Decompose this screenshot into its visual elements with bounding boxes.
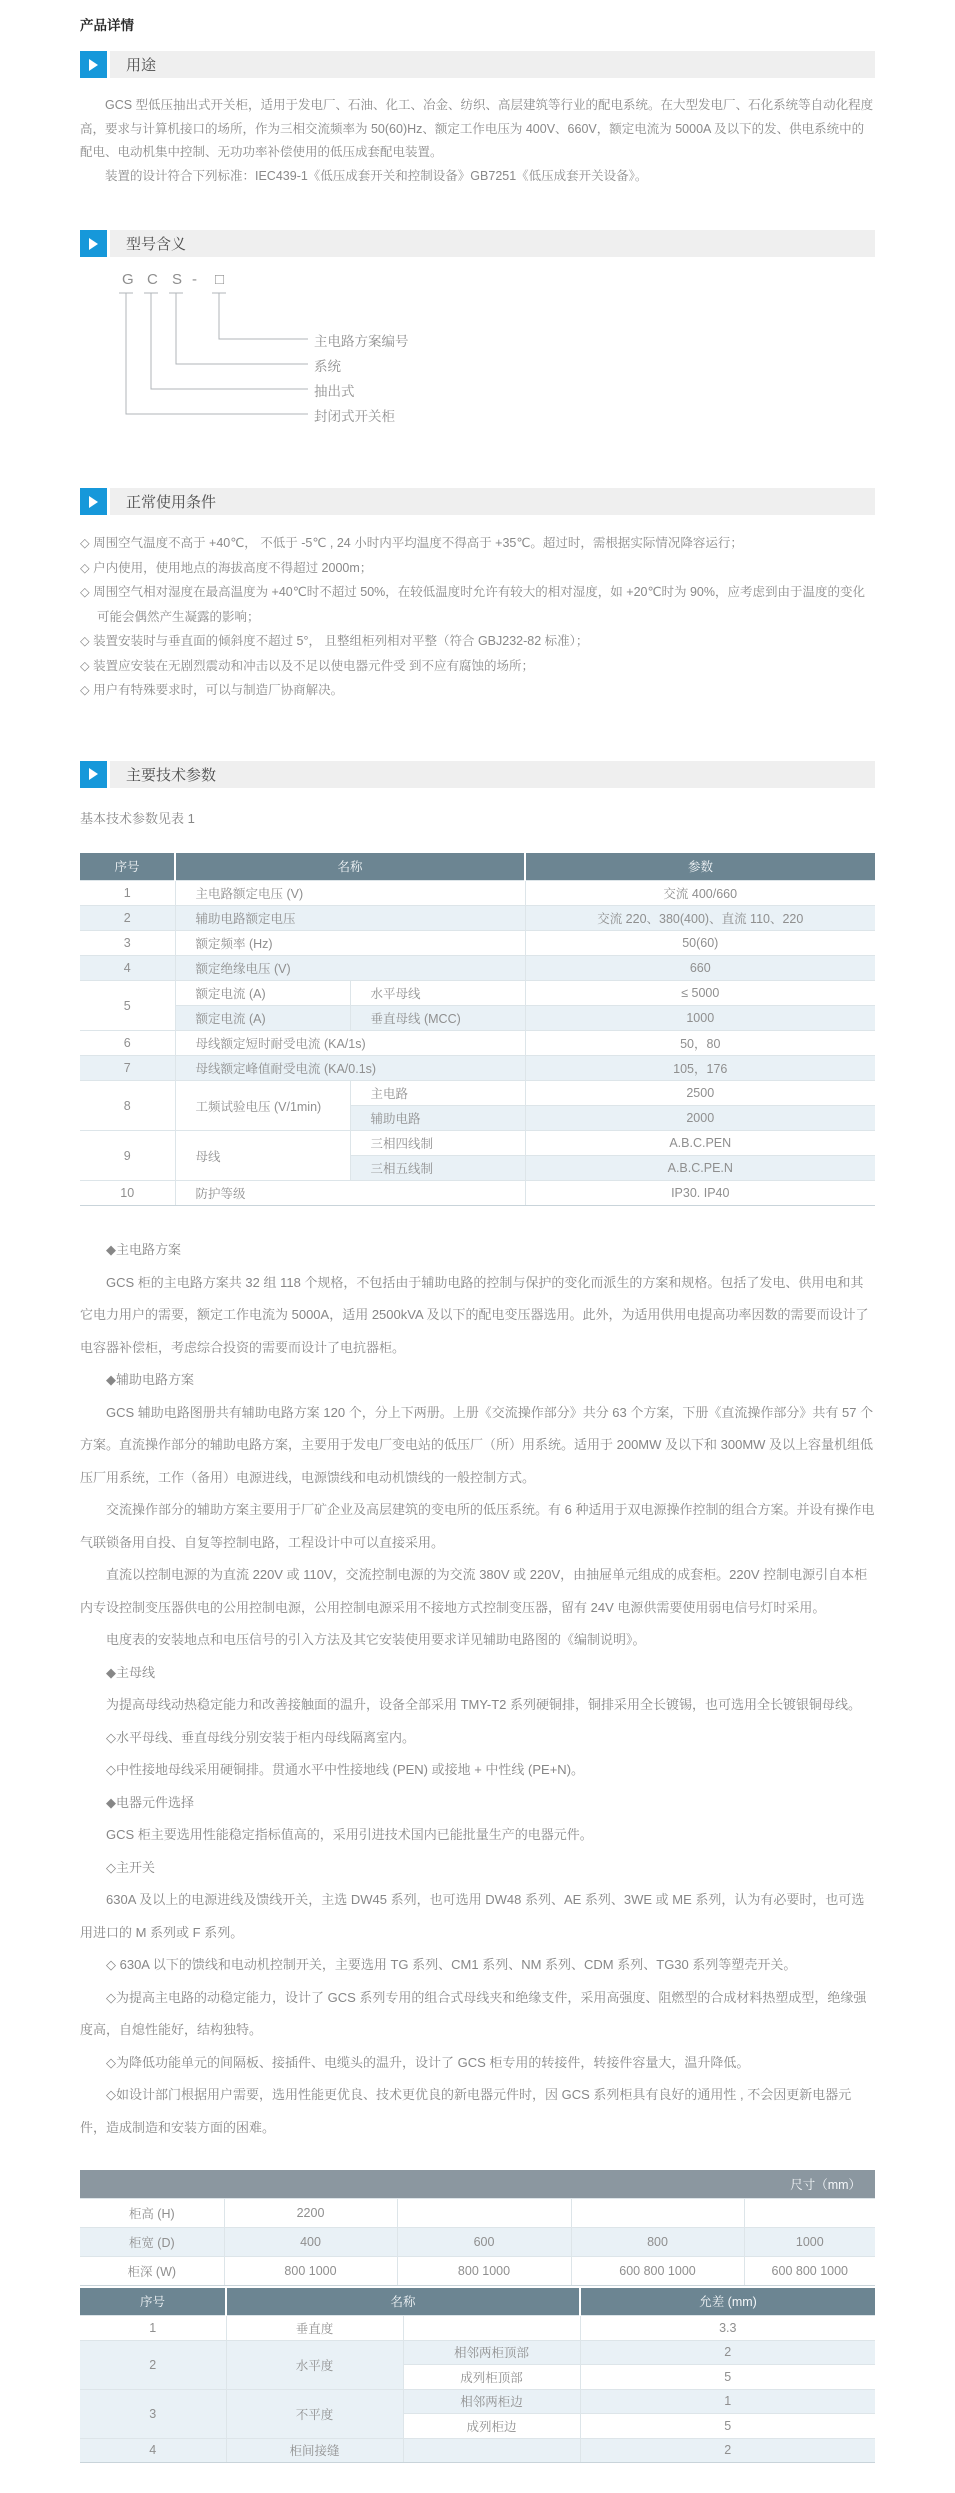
table-cell: 柜宽 (D): [80, 2227, 224, 2256]
model-code-diagram: GCS-□主电路方案编号系统抽出式封闭式开关柜: [80, 271, 875, 433]
note-paragraph: 为提高母线动热稳定能力和改善接触面的温升，设备全部采用 TMY-T2 系列硬铜排…: [80, 1689, 875, 1722]
table-cell: 母线额定短时耐受电流 (KA/1s): [175, 1031, 525, 1056]
table-cell: 105，176: [525, 1056, 875, 1081]
table-cell: 600: [397, 2227, 571, 2256]
connector-line: [144, 293, 308, 389]
table-row: 1垂直度3.3: [80, 2316, 875, 2341]
table-cell: 50(60): [525, 931, 875, 956]
note-paragraph: ◇为降低功能单元的间隔板、接插件、电缆头的温升，设计了 GCS 柜专用的转接件，…: [80, 2047, 875, 2080]
table-cell: 1000: [744, 2227, 875, 2256]
table-cell: 600 800 1000: [744, 2256, 875, 2285]
column-header: 名称: [175, 853, 525, 881]
table-row: 6母线额定短时耐受电流 (KA/1s)50，80: [80, 1031, 875, 1056]
table-cell: 5: [580, 2365, 875, 2390]
note-heading: ◆主电路方案: [80, 1234, 875, 1267]
note-heading: ◆辅助电路方案: [80, 1364, 875, 1397]
play-arrow-icon: [80, 51, 107, 78]
note-paragraph: GCS 柜主要选用性能稳定指标值高的，采用引进技术国内已能批量生产的电器元件。: [80, 1819, 875, 1852]
table-cell: 660: [525, 956, 875, 981]
note-paragraph: ◇中性接地母线采用硬铜排。贯通水平中性接地线 (PEN) 或接地 + 中性线 (…: [80, 1754, 875, 1787]
section-title-parameters: 主要技术参数: [126, 764, 216, 785]
dimensions-table: 尺寸（mm）柜高 (H)2200柜宽 (D)4006008001000柜深 (W…: [80, 2170, 875, 2286]
usage-paragraph-2: 装置的设计符合下列标准：IEC439-1《低压成套开关和控制设备》GB7251《…: [80, 165, 875, 189]
table-cell: 三相五线制: [350, 1156, 525, 1181]
connector-line: [119, 293, 308, 414]
notes-text-block: ◆主电路方案GCS 柜的主电路方案共 32 组 118 个规格，不包括由于辅助电…: [80, 1234, 875, 2144]
table-cell: [403, 2316, 580, 2341]
table-cell: 2: [80, 2340, 226, 2389]
table1-note: 基本技术参数见表 1: [80, 808, 875, 827]
table-row: 3不平度相邻两柜边1: [80, 2389, 875, 2414]
note-paragraph: GCS 辅助电路图册共有辅助电路方案 120 个，分上下两册。上册《交流操作部分…: [80, 1397, 875, 1495]
table-cell: 3: [80, 931, 175, 956]
table-cell: 交流 400/660: [525, 881, 875, 906]
section-header-conditions: 正常使用条件: [80, 488, 875, 515]
table-cell: 1000: [525, 1006, 875, 1031]
table-row: 柜高 (H)2200: [80, 2198, 875, 2227]
note-paragraph: ◇主开关: [80, 1852, 875, 1885]
table-cell: 水平度: [226, 2340, 403, 2389]
table-cell: A.B.C.PE.N: [525, 1156, 875, 1181]
table-cell: 800 1000: [397, 2256, 571, 2285]
table-cell: 4: [80, 2438, 226, 2463]
table-header-row: 尺寸（mm）: [80, 2170, 875, 2198]
triangle-glyph: [89, 768, 104, 780]
table-cell: 3: [80, 2389, 226, 2438]
tolerance-table: 序号名称允差 (mm)1垂直度3.32水平度相邻两柜顶部2成列柜顶部53不平度相…: [80, 2288, 875, 2464]
condition-item: ◇ 装置应安装在无剧烈震动和冲击以及不足以使电器元件受 到不应有腐蚀的场所；: [80, 654, 875, 679]
conditions-list: ◇ 周围空气温度不高于 +40℃， 不低于 -5℃ , 24 小时内平均温度不得…: [80, 531, 875, 703]
model-code-connector-lines: [80, 271, 875, 433]
table-cell: 2: [80, 906, 175, 931]
table-cell: 7: [80, 1056, 175, 1081]
table-row: 2水平度相邻两柜顶部2: [80, 2340, 875, 2365]
table-cell: 1: [80, 881, 175, 906]
table-cell: 8: [80, 1081, 175, 1131]
model-code-label: 主电路方案编号: [314, 330, 409, 350]
table-cell: [744, 2198, 875, 2227]
table-cell: 成列柜顶部: [403, 2365, 580, 2390]
section-bar-background: 主要技术参数: [110, 761, 875, 788]
section-bar-background: 用途: [110, 51, 875, 78]
table-cell: 额定电流 (A): [175, 981, 350, 1006]
section-bar-background: 正常使用条件: [110, 488, 875, 515]
table-cell: 辅助电路: [350, 1106, 525, 1131]
connector-line: [212, 293, 308, 339]
table-header-row: 序号名称允差 (mm): [80, 2288, 875, 2316]
note-heading: ◆电器元件选择: [80, 1787, 875, 1820]
table-cell: 4: [80, 956, 175, 981]
note-paragraph: 电度表的安装地点和电压信号的引入方法及其它安装使用要求详见辅助电路图的《编制说明…: [80, 1624, 875, 1657]
table-cell: 水平母线: [350, 981, 525, 1006]
triangle-glyph: [89, 496, 104, 508]
table-cell: [571, 2198, 744, 2227]
table-cell: 相邻两柜顶部: [403, 2340, 580, 2365]
table-cell: 主电路: [350, 1081, 525, 1106]
model-code-label: 系统: [314, 355, 341, 375]
table-cell: 额定绝缘电压 (V): [175, 956, 525, 981]
table-cell: 柜高 (H): [80, 2198, 224, 2227]
table-row: 10防护等级IP30. IP40: [80, 1181, 875, 1206]
table-cell: IP30. IP40: [525, 1181, 875, 1206]
condition-item: ◇ 户内使用，使用地点的海拔高度不得超过 2000m；: [80, 556, 875, 581]
condition-item: ◇ 周围空气温度不高于 +40℃， 不低于 -5℃ , 24 小时内平均温度不得…: [80, 531, 875, 556]
note-paragraph: ◇如设计部门根据用户需要，选用性能更优良、技术更优良的新电器元件时，因 GCS …: [80, 2079, 875, 2144]
model-code-char: C: [147, 271, 158, 288]
table-cell: A.B.C.PEN: [525, 1131, 875, 1156]
section-header-parameters: 主要技术参数: [80, 761, 875, 788]
table-cell: 2000: [525, 1106, 875, 1131]
table-cell: 主电路额定电压 (V): [175, 881, 525, 906]
table-cell: [403, 2438, 580, 2463]
table-cell: 2: [580, 2340, 875, 2365]
usage-text: GCS 型低压抽出式开关柜，适用于发电厂、石油、化工、冶金、纺织、高层建筑等行业…: [80, 94, 875, 188]
section-title-conditions: 正常使用条件: [126, 491, 216, 512]
model-code-char: -: [192, 271, 197, 288]
table-cell: 垂直度: [226, 2316, 403, 2341]
condition-item: ◇ 装置安装时与垂直面的倾斜度不超过 5°， 且整组柜列相对平整（符合 GBJ2…: [80, 629, 875, 654]
table-cell: 400: [224, 2227, 397, 2256]
table-row: 2辅助电路额定电压交流 220、380(400)、直流 110、220: [80, 906, 875, 931]
section-header-usage: 用途: [80, 51, 875, 78]
play-arrow-icon: [80, 488, 107, 515]
note-paragraph: GCS 柜的主电路方案共 32 组 118 个规格，不包括由于辅助电路的控制与保…: [80, 1267, 875, 1365]
page-title: 产品详情: [80, 14, 875, 34]
column-header: 序号: [80, 2288, 226, 2316]
note-paragraph: ◇水平母线、垂直母线分别安装于柜内母线隔离室内。: [80, 1722, 875, 1755]
note-paragraph: ◇为提高主电路的动稳定能力，设计了 GCS 系列专用的组合式母线夹和绝缘支件，采…: [80, 1982, 875, 2047]
table-cell: [397, 2198, 571, 2227]
table-cell: 母线额定峰值耐受电流 (KA/0.1s): [175, 1056, 525, 1081]
technical-parameters-table: 序号名称参数1主电路额定电压 (V)交流 400/6602辅助电路额定电压交流 …: [80, 853, 875, 1207]
table-cell: 800: [571, 2227, 744, 2256]
note-paragraph: 直流以控制电源的为直流 220V 或 110V，交流控制电源的为交流 380V …: [80, 1559, 875, 1624]
table-cell: 6: [80, 1031, 175, 1056]
table-cell: 2500: [525, 1081, 875, 1106]
table-row: 8工频试验电压 (V/1min)主电路2500: [80, 1081, 875, 1106]
connector-line: [169, 293, 308, 364]
table-cell: 5: [80, 981, 175, 1031]
table-cell: 3.3: [580, 2316, 875, 2341]
table-row: 1主电路额定电压 (V)交流 400/660: [80, 881, 875, 906]
model-code-char: G: [122, 271, 134, 288]
column-header: 名称: [226, 2288, 580, 2316]
column-header: 参数: [525, 853, 875, 881]
table-header-row: 序号名称参数: [80, 853, 875, 881]
condition-item: ◇ 用户有特殊要求时，可以与制造厂协商解决。: [80, 678, 875, 703]
condition-item: ◇ 周围空气相对湿度在最高温度为 +40℃时不超过 50%，在较低温度时允许有较…: [80, 580, 875, 629]
play-arrow-icon: [80, 761, 107, 788]
table-row: 4额定绝缘电压 (V)660: [80, 956, 875, 981]
table-row: 额定电流 (A)垂直母线 (MCC)1000: [80, 1006, 875, 1031]
table-cell: 工频试验电压 (V/1min): [175, 1081, 350, 1131]
product-detail-page: 产品详情 用途 GCS 型低压抽出式开关柜，适用于发电厂、石油、化工、冶金、纺织…: [0, 0, 955, 2493]
table-cell: 额定频率 (Hz): [175, 931, 525, 956]
model-code-label: 封闭式开关柜: [314, 405, 395, 425]
table-cell: 2200: [224, 2198, 397, 2227]
section-bar-background: 型号含义: [110, 230, 875, 257]
table-cell: 50，80: [525, 1031, 875, 1056]
table-cell: 600 800 1000: [571, 2256, 744, 2285]
table-cell: 9: [80, 1131, 175, 1181]
table-cell: 相邻两柜边: [403, 2389, 580, 2414]
column-header: 序号: [80, 853, 175, 881]
table-row: 9母线三相四线制A.B.C.PEN: [80, 1131, 875, 1156]
section-header-model: 型号含义: [80, 230, 875, 257]
table-cell: 额定电流 (A): [175, 1006, 350, 1031]
triangle-glyph: [89, 238, 104, 250]
table-cell: 10: [80, 1181, 175, 1206]
table-cell: ≤ 5000: [525, 981, 875, 1006]
table-cell: 柜深 (W): [80, 2256, 224, 2285]
table-cell: 800 1000: [224, 2256, 397, 2285]
table-cell: 2: [580, 2438, 875, 2463]
section-title-model: 型号含义: [126, 233, 186, 254]
usage-paragraph-1: GCS 型低压抽出式开关柜，适用于发电厂、石油、化工、冶金、纺织、高层建筑等行业…: [80, 94, 875, 165]
column-header: 允差 (mm): [580, 2288, 875, 2316]
table-cell: 交流 220、380(400)、直流 110、220: [525, 906, 875, 931]
triangle-glyph: [89, 59, 104, 71]
table-cell: 三相四线制: [350, 1131, 525, 1156]
model-code-label: 抽出式: [314, 380, 355, 400]
table-row: 柜宽 (D)4006008001000: [80, 2227, 875, 2256]
model-code-char: S: [172, 271, 182, 288]
table-row: 7母线额定峰值耐受电流 (KA/0.1s)105，176: [80, 1056, 875, 1081]
table-cell: 1: [80, 2316, 226, 2341]
note-paragraph: 交流操作部分的辅助方案主要用于厂矿企业及高层建筑的变电所的低压系统。有 6 种适…: [80, 1494, 875, 1559]
note-paragraph: 630A 及以上的电源进线及馈线开关，主选 DW45 系列，也可选用 DW48 …: [80, 1884, 875, 1949]
table-cell: 不平度: [226, 2389, 403, 2438]
table-row: 柜深 (W)800 1000800 1000600 800 1000600 80…: [80, 2256, 875, 2285]
table-cell: 辅助电路额定电压: [175, 906, 525, 931]
table-cell: 5: [580, 2414, 875, 2439]
table-row: 5额定电流 (A)水平母线≤ 5000: [80, 981, 875, 1006]
section-title-usage: 用途: [126, 54, 156, 75]
table-row: 4柜间接缝2: [80, 2438, 875, 2463]
note-heading: ◆主母线: [80, 1657, 875, 1690]
table-cell: 母线: [175, 1131, 350, 1181]
table-cell: 1: [580, 2389, 875, 2414]
model-code-char: □: [215, 271, 224, 288]
table-cell: 成列柜边: [403, 2414, 580, 2439]
note-paragraph: ◇ 630A 以下的馈线和电动机控制开关，主要选用 TG 系列、CM1 系列、N…: [80, 1949, 875, 1982]
table-cell: 防护等级: [175, 1181, 525, 1206]
play-arrow-icon: [80, 230, 107, 257]
table-cell: 柜间接缝: [226, 2438, 403, 2463]
table-row: 3额定频率 (Hz)50(60): [80, 931, 875, 956]
column-header: 尺寸（mm）: [80, 2170, 875, 2198]
table-cell: 垂直母线 (MCC): [350, 1006, 525, 1031]
